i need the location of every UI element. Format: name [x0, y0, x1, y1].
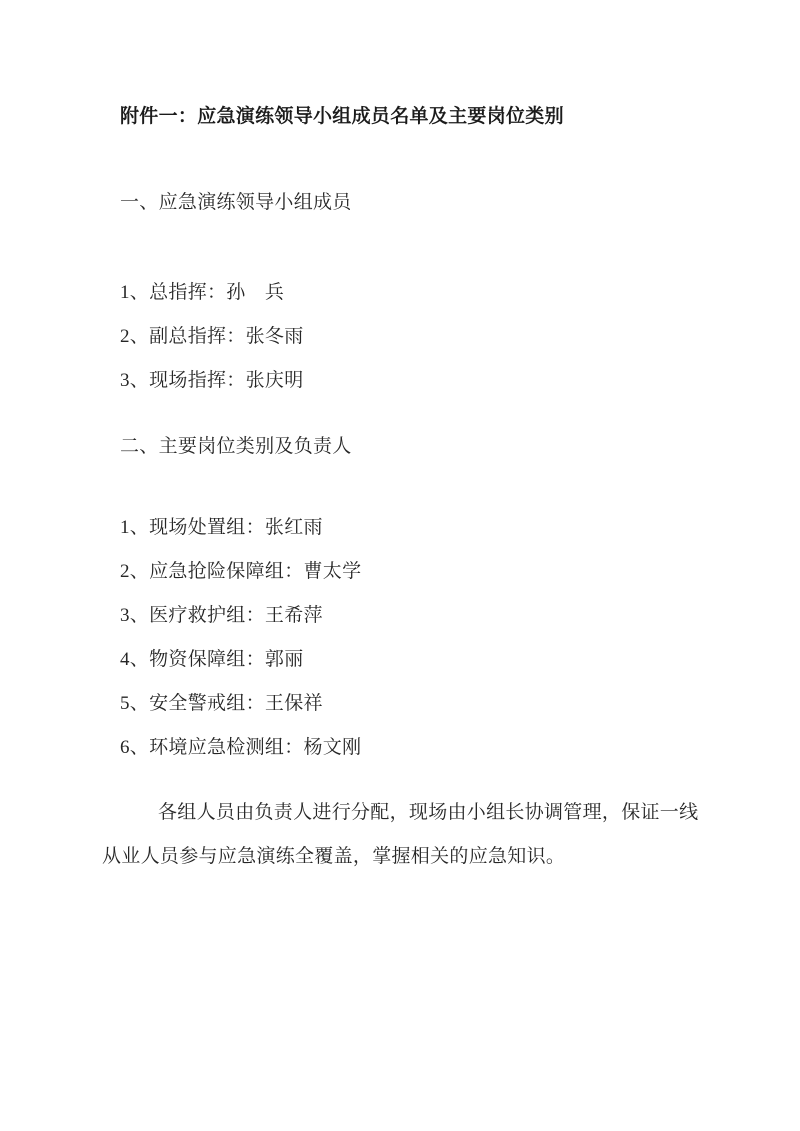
section-heading-leadership-members: 一、应急演练领导小组成员: [120, 181, 700, 225]
closing-paragraph-line-1: 各组人员由负责人进行分配，现场由小组长协调管理，保证一线: [102, 791, 700, 835]
post-categories-list: 1、现场处置组：张红雨 2、应急抢险保障组：曹太学 3、医疗救护组：王希萍 4、…: [102, 506, 700, 770]
closing-paragraph-line-2: 从业人员参与应急演练全覆盖，掌握相关的应急知识。: [102, 835, 700, 879]
section-post-categories: 二、主要岗位类别及负责人 1、现场处置组：张红雨 2、应急抢险保障组：曹太学 3…: [102, 425, 700, 770]
list-item-medical-group: 3、医疗救护组：王希萍: [120, 594, 700, 638]
list-item-rescue-support-group: 2、应急抢险保障组：曹太学: [120, 550, 700, 594]
closing-paragraph: 各组人员由负责人进行分配，现场由小组长协调管理，保证一线 从业人员参与应急演练全…: [102, 791, 700, 879]
list-item-site-commander: 3、现场指挥：张庆明: [120, 359, 700, 403]
document-title: 附件一：应急演练领导小组成员名单及主要岗位类别: [120, 95, 700, 139]
list-item-supplies-group: 4、物资保障组：郭丽: [120, 638, 700, 682]
list-item-environment-monitoring-group: 6、环境应急检测组：杨文刚: [120, 726, 700, 770]
list-item-site-handling-group: 1、现场处置组：张红雨: [120, 506, 700, 550]
leadership-members-list: 1、总指挥：孙 兵 2、副总指挥：张冬雨 3、现场指挥：张庆明: [102, 271, 700, 403]
list-item-security-group: 5、安全警戒组：王保祥: [120, 682, 700, 726]
list-item-commander: 1、总指挥：孙 兵: [120, 271, 700, 315]
section-leadership-members: 一、应急演练领导小组成员 1、总指挥：孙 兵 2、副总指挥：张冬雨 3、现场指挥…: [102, 181, 700, 403]
section-heading-post-categories: 二、主要岗位类别及负责人: [120, 425, 700, 469]
list-item-deputy-commander: 2、副总指挥：张冬雨: [120, 315, 700, 359]
document-page: 附件一：应急演练领导小组成员名单及主要岗位类别 一、应急演练领导小组成员 1、总…: [0, 0, 800, 1131]
